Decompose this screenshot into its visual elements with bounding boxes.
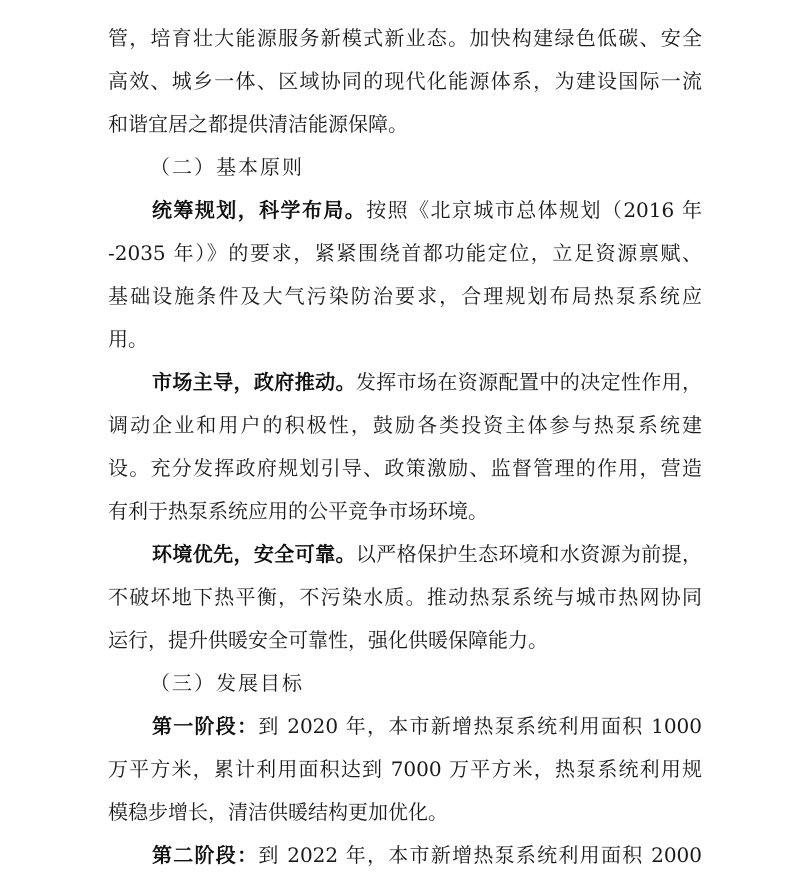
paragraph-start-line: 第一阶段：到 2020 年，本市新增热泵系统利用面积 1000 <box>152 705 702 748</box>
paragraph-start-line: 市场主导，政府推动。发挥市场在资源配置中的决定性作用， <box>152 361 702 404</box>
body-line: 管，培育壮大能源服务新模式新业态。加快构建绿色低碳、安全 <box>108 17 702 60</box>
section-heading-basic-principles: （二）基本原则 <box>150 146 450 189</box>
body-line: 不破坏地下热平衡，不污染水质。推动热泵系统与城市热网协同 <box>108 576 702 619</box>
body-line: 运行，提升供暖安全可靠性，强化供暖保障能力。 <box>108 619 702 662</box>
body-line: 用。 <box>108 318 702 361</box>
body-line: 万平方米，累计利用面积达到 7000 万平方米，热泵系统利用规 <box>108 748 702 791</box>
document-page: 管，培育壮大能源服务新模式新业态。加快构建绿色低碳、安全 高效、城乡一体、区域协… <box>0 0 800 876</box>
section-heading-development-goals: （三）发展目标 <box>150 662 450 705</box>
body-line: 调动企业和用户的积极性，鼓励各类投资主体参与热泵系统建 <box>108 404 702 447</box>
body-line: -2035 年）》的要求，紧紧围绕首都功能定位，立足资源禀赋、 <box>108 232 702 275</box>
body-line: 设。充分发挥政府规划引导、政策激励、监督管理的作用，营造 <box>108 447 702 490</box>
principle-title: 市场主导，政府推动。 <box>152 370 356 394</box>
goal-title: 第一阶段： <box>152 714 258 738</box>
paragraph-start-line: 环境优先，安全可靠。以严格保护生态环境和水资源为前提， <box>152 533 702 576</box>
principle-text: 按照《北京城市总体规划（2016 年 <box>366 198 702 222</box>
principle-title: 环境优先，安全可靠。 <box>152 542 356 566</box>
paragraph-start-line: 统筹规划，科学布局。按照《北京城市总体规划（2016 年 <box>152 189 702 232</box>
paragraph-start-line: 第二阶段：到 2022 年，本市新增热泵系统利用面积 2000 <box>152 834 702 876</box>
goal-text: 到 2022 年，本市新增热泵系统利用面积 2000 <box>258 843 702 867</box>
principle-title: 统筹规划，科学布局。 <box>152 198 366 222</box>
body-line: 有利于热泵系统应用的公平竞争市场环境。 <box>108 490 702 533</box>
body-line: 模稳步增长，清洁供暖结构更加优化。 <box>108 791 702 834</box>
principle-text: 以严格保护生态环境和水资源为前提， <box>356 542 702 566</box>
principle-text: 发挥市场在资源配置中的决定性作用， <box>356 370 702 394</box>
goal-text: 到 2020 年，本市新增热泵系统利用面积 1000 <box>258 714 702 738</box>
body-line: 基础设施条件及大气污染防治要求，合理规划布局热泵系统应 <box>108 275 702 318</box>
body-line: 高效、城乡一体、区域协同的现代化能源体系，为建设国际一流 <box>108 60 702 103</box>
body-line: 和谐宜居之都提供清洁能源保障。 <box>108 103 702 146</box>
goal-title: 第二阶段： <box>152 843 258 867</box>
